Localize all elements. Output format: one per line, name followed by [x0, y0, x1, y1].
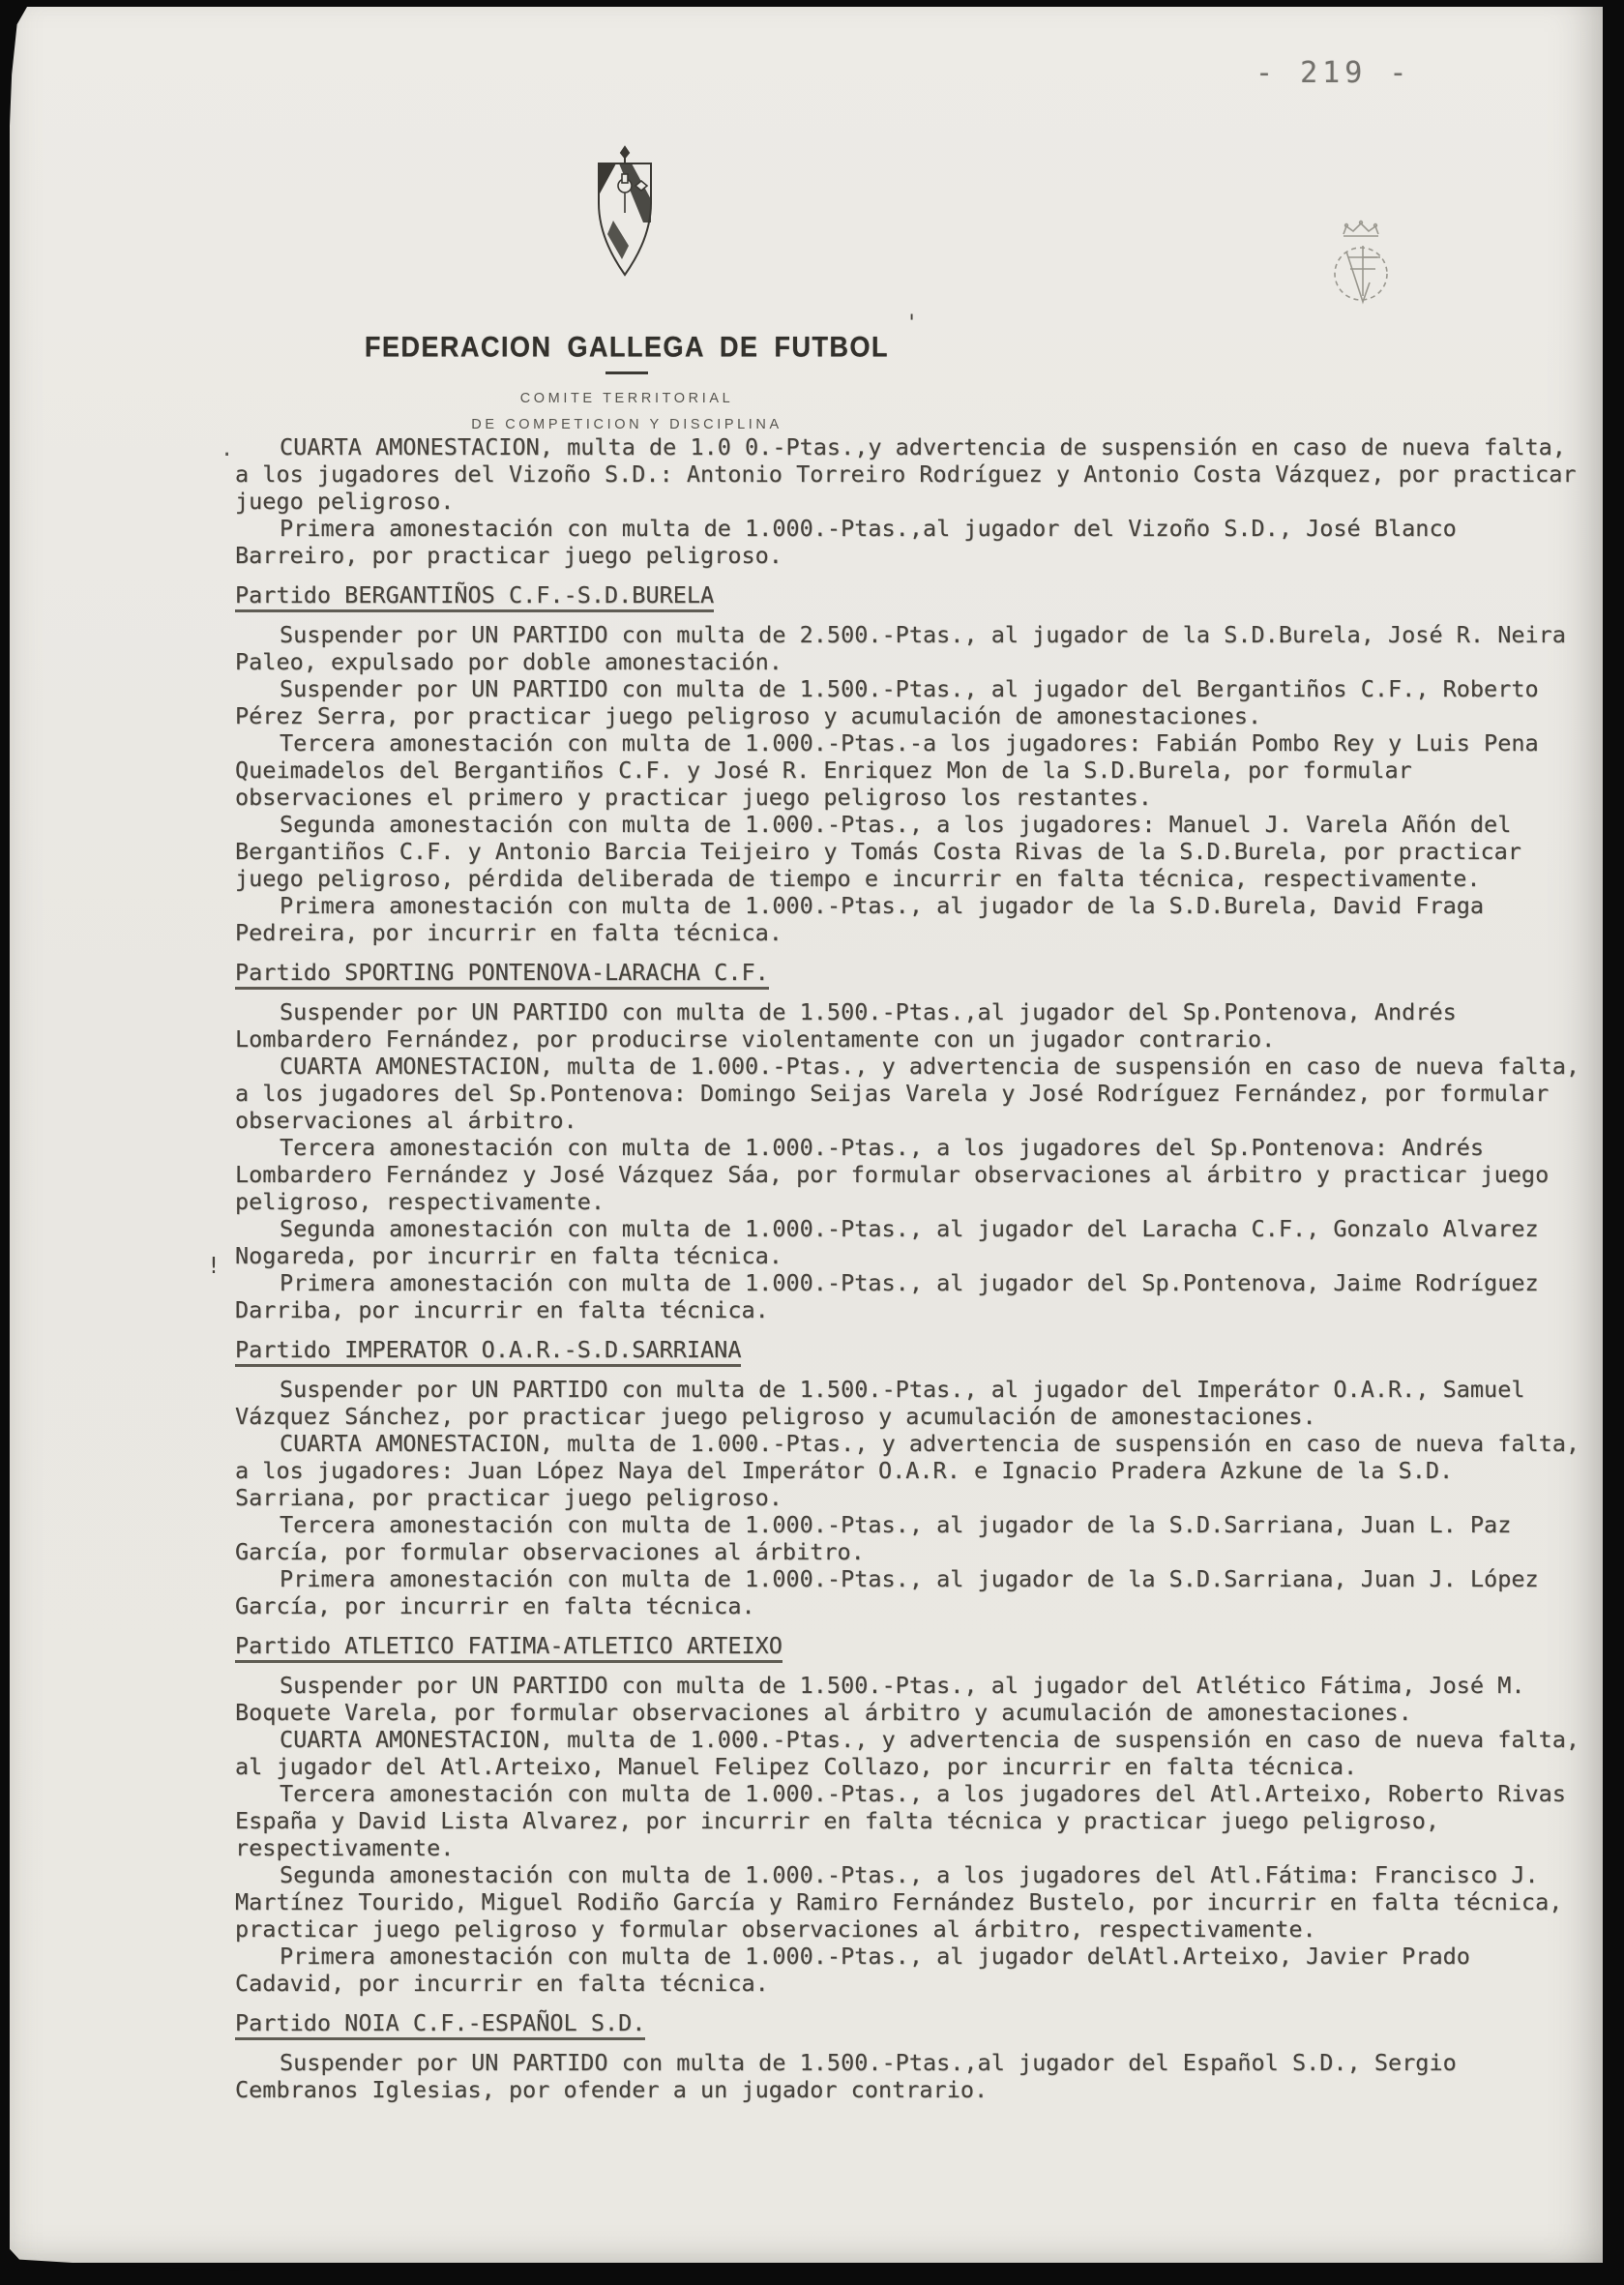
section-heading: Partido SPORTING PONTENOVA-LARACHA C.F. [235, 959, 1585, 990]
section-heading-text: Partido IMPERATOR O.A.R.-S.D.SARRIANA [235, 1336, 741, 1367]
section-heading: Partido ATLETICO FATIMA-ATLETICO ARTEIXO [235, 1632, 1585, 1663]
paragraph: CUARTA AMONESTACION, multa de 1.0 0.-Pta… [235, 433, 1585, 515]
paragraph: Tercera amonestación con multa de 1.000.… [235, 1780, 1585, 1861]
section-heading: Partido IMPERATOR O.A.R.-S.D.SARRIANA [235, 1336, 1585, 1367]
paragraph: Segunda amonestación con multa de 1.000.… [235, 811, 1585, 892]
margin-exclamation-mark: ! [207, 1254, 221, 1279]
paragraph: Tercera amonestación con multa de 1.000.… [235, 1134, 1585, 1215]
paragraph: Suspender por UN PARTIDO con multa de 1.… [235, 1672, 1585, 1726]
paragraph: CUARTA AMONESTACION, multa de 1.000.-Pta… [235, 1053, 1585, 1134]
paragraph: Segunda amonestación con multa de 1.000.… [235, 1861, 1585, 1943]
section-heading-text: Partido ATLETICO FATIMA-ATLETICO ARTEIXO [235, 1632, 782, 1663]
section-heading-text: Partido NOIA C.F.-ESPAÑOL S.D. [235, 2009, 645, 2040]
paragraph: CUARTA AMONESTACION, multa de 1.000.-Pta… [235, 1726, 1585, 1780]
paragraph: Suspender por UN PARTIDO con multa de 2.… [235, 621, 1585, 675]
stray-apostrophe-mark: ' [905, 312, 918, 336]
letterhead-divider [605, 371, 648, 374]
section-heading: Partido NOIA C.F.-ESPAÑOL S.D. [235, 2009, 1585, 2040]
page-number: - 219 - [1255, 56, 1411, 90]
paragraph: Primera amonestación con multa de 1.000.… [235, 515, 1585, 569]
paragraph: Segunda amonestación con multa de 1.000.… [235, 1215, 1585, 1269]
paragraph: Tercera amonestación con multa de 1.000.… [235, 729, 1585, 811]
paragraph: CUARTA AMONESTACION, multa de 1.000.-Pta… [235, 1430, 1585, 1511]
paragraph: Primera amonestación con multa de 1.000.… [235, 1943, 1585, 1997]
paragraph: Suspender por UN PARTIDO con multa de 1.… [235, 998, 1585, 1053]
section-heading-text: Partido SPORTING PONTENOVA-LARACHA C.F. [235, 959, 769, 990]
paragraph: Suspender por UN PARTIDO con multa de 1.… [235, 2049, 1585, 2103]
paragraph: Suspender por UN PARTIDO con multa de 1.… [235, 675, 1585, 729]
crown-stamp-icon [1327, 219, 1397, 313]
organization-name: FEDERACION GALLEGA DE FUTBOL [327, 332, 927, 364]
scanned-document-page: - 219 - FEDE [0, 0, 1624, 2285]
margin-dot-mark: . [221, 437, 233, 461]
paragraph: Tercera amonestación con multa de 1.000.… [235, 1511, 1585, 1565]
committee-line-1: COMITE TERRITORIAL [327, 386, 927, 412]
document-body: CUARTA AMONESTACION, multa de 1.0 0.-Pta… [235, 433, 1585, 2103]
paragraph: Suspender por UN PARTIDO con multa de 1.… [235, 1376, 1585, 1430]
section-heading: Partido BERGANTIÑOS C.F.-S.D.BURELA [235, 581, 1585, 612]
paragraph: Primera amonestación con multa de 1.000.… [235, 1565, 1585, 1619]
section-heading-text: Partido BERGANTIÑOS C.F.-S.D.BURELA [235, 581, 714, 612]
letterhead: FEDERACION GALLEGA DE FUTBOL COMITE TERR… [327, 333, 927, 438]
federation-crest-icon [590, 145, 660, 282]
paragraph: Primera amonestación con multa de 1.000.… [235, 1269, 1585, 1323]
paragraph: Primera amonestación con multa de 1.000.… [235, 892, 1585, 946]
